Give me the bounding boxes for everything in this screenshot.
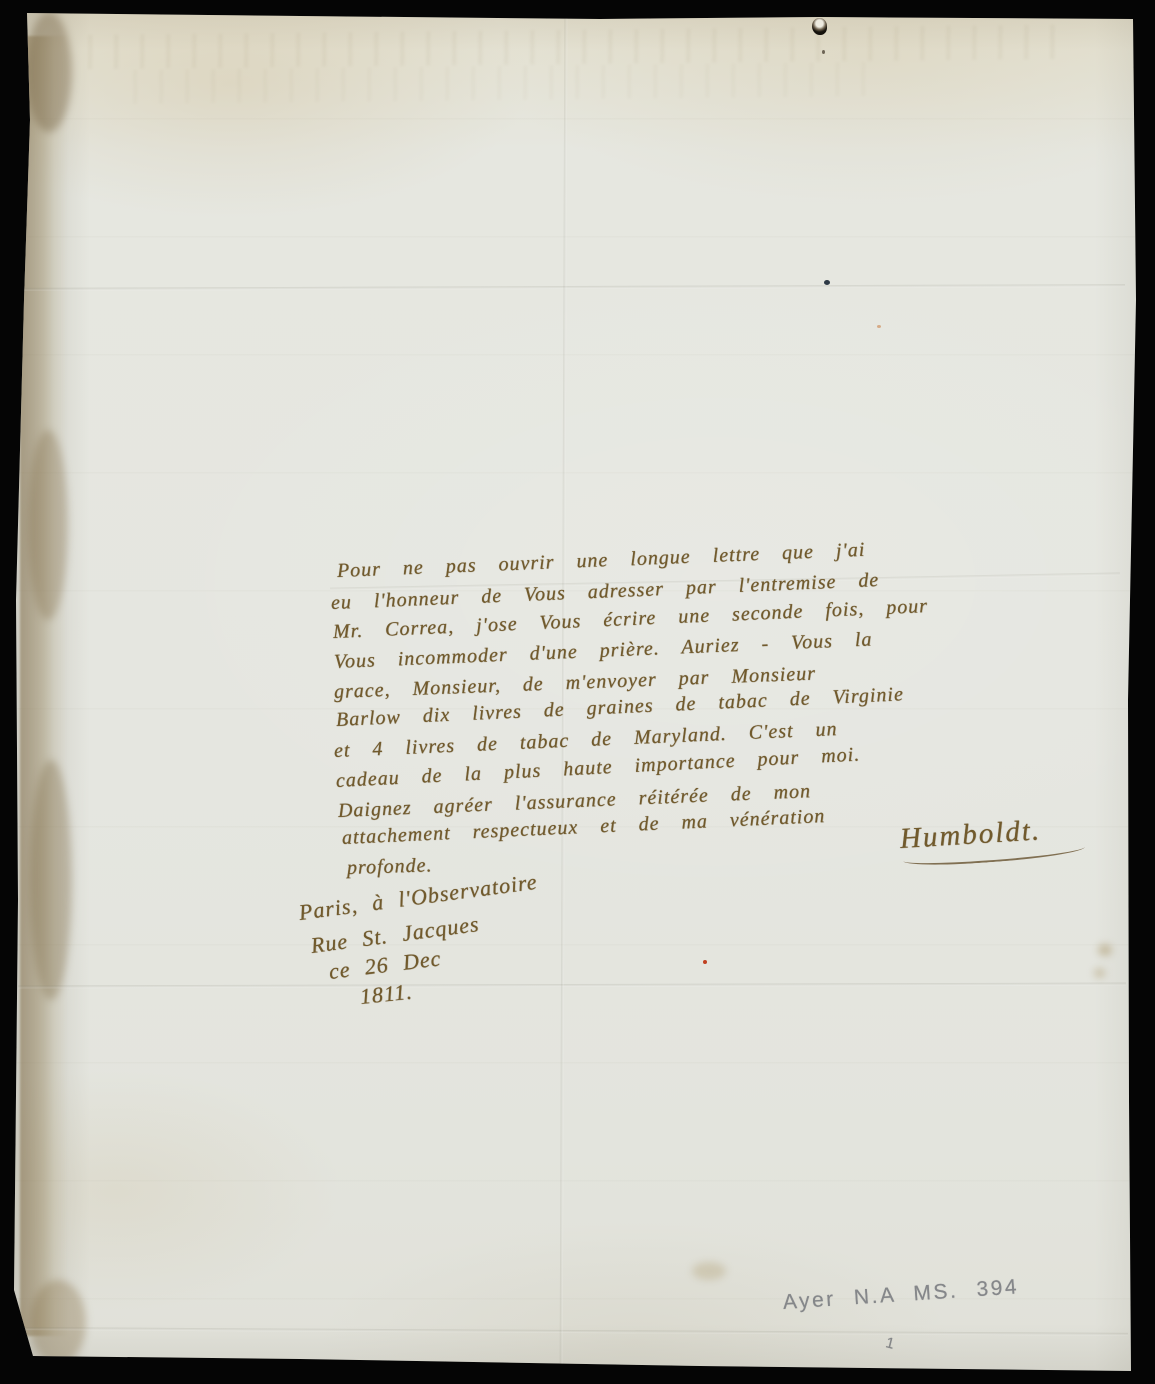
catalog-note: Ayer N.A MS. 394 — [782, 1275, 1020, 1315]
handwriting-line: profonde. — [347, 854, 433, 880]
fold-crease — [24, 1327, 1128, 1336]
show-through-text — [75, 25, 1055, 69]
stain-blotch — [28, 430, 68, 620]
stain-blotch — [692, 1262, 726, 1280]
fold-crease — [20, 284, 1125, 291]
stain-blotch — [26, 12, 72, 132]
dark-speck — [822, 50, 825, 54]
stain-blotch — [30, 760, 72, 1000]
paper-sheet: Pour ne pas ouvrir une longue lettre que… — [0, 0, 1155, 1384]
scanned-letter-page: Pour ne pas ouvrir une longue lettre que… — [0, 0, 1155, 1384]
page-mark: 1 — [884, 1334, 896, 1353]
show-through-text — [120, 62, 880, 104]
stain-blotch — [1098, 944, 1112, 956]
orange-speck — [877, 325, 881, 328]
dateline-year: 1811. — [359, 979, 414, 1010]
ink-speck — [824, 280, 830, 285]
fold-crease — [18, 983, 1126, 989]
pin-hole — [812, 18, 827, 35]
waterstain-left-edge — [20, 36, 68, 1336]
stain-blotch — [30, 1280, 86, 1365]
red-speck — [703, 960, 707, 964]
stain-blotch — [1094, 968, 1105, 978]
